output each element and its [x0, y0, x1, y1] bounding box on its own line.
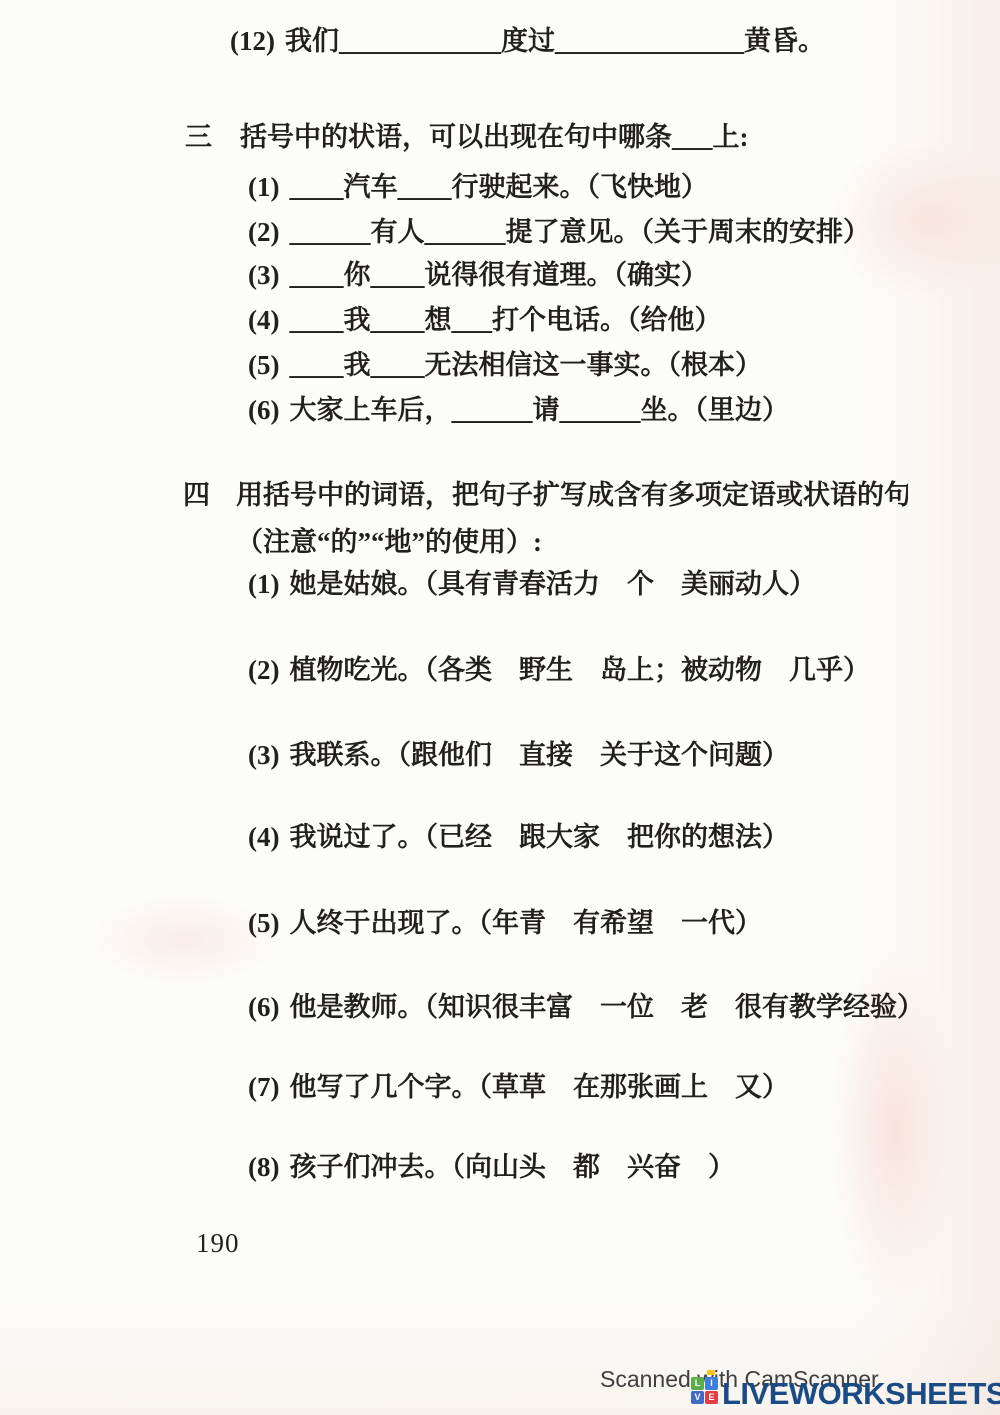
item-text: ____我____想___打个电话。（给他） [289, 305, 721, 335]
item-number: (6) [248, 990, 279, 1024]
item-number: (2) [248, 215, 279, 249]
section3-item-2: (2)______有人______提了意见。（关于周末的安排） [248, 215, 870, 249]
logo-square-v: V [691, 1391, 704, 1404]
item-number: (4) [248, 820, 279, 854]
item-number: (12) [230, 24, 275, 58]
section3-item-1: (1)____汽车____行驶起来。（飞快地） [248, 170, 708, 204]
section4-title-line1: 用括号中的词语，把句子扩写成含有多项定语或状语的句 [236, 478, 908, 512]
item-text: 人终于出现了。（年青 有希望 一代） [289, 908, 762, 938]
section4-item-2: (2)植物吃光。（各类 野生 岛上；被动物 几乎） [248, 653, 870, 687]
item-text: 我说过了。（已经 跟大家 把你的想法） [289, 822, 789, 852]
item-number: (5) [248, 906, 279, 940]
liveworksheets-wordmark: LIVEWORKSHEETS [722, 1376, 1000, 1412]
item-text: ____汽车____行驶起来。（飞快地） [289, 172, 708, 202]
section4-item-8: (8)孩子们冲去。（向山头 都 兴奋 ） [248, 1150, 735, 1184]
section4-item-3: (3)我联系。（跟他们 直接 关于这个问题） [248, 738, 789, 772]
section4-item-4: (4)我说过了。（已经 跟大家 把你的想法） [248, 820, 789, 854]
scan-artifact [850, 0, 1000, 1415]
logo-square-e: E [705, 1391, 718, 1404]
item-text: ____我____无法相信这一事实。（根本） [289, 350, 762, 380]
section3-item-6: (6)大家上车后，______请______坐。（里边） [248, 393, 789, 427]
section4-item-1: (1)她是姑娘。（具有青春活力 个 美丽动人） [248, 567, 816, 601]
item-number: (2) [248, 653, 279, 687]
item-number: (8) [248, 1150, 279, 1184]
item-text: 植物吃光。（各类 野生 岛上；被动物 几乎） [289, 655, 870, 685]
liveworksheets-logo-icon: L I V E [691, 1377, 718, 1404]
section4-title-line2: （注意“的”“地”的使用）: [236, 525, 542, 559]
item-text: ____你____说得很有道理。（确实） [289, 260, 708, 290]
item-text: 他写了几个字。（草草 在那张画上 又） [289, 1072, 789, 1102]
exercise-item-12: (12)我们____________度过______________黄昏。 [230, 24, 825, 58]
section3-item-5: (5)____我____无法相信这一事实。（根本） [248, 348, 762, 382]
section3-title: 括号中的状语，可以出现在句中哪条___上: [240, 120, 749, 154]
item-text: 她是姑娘。（具有青春活力 个 美丽动人） [289, 569, 816, 599]
section4-item-6: (6)他是教师。（知识很丰富 一位 老 很有教学经验） [248, 990, 924, 1024]
section3-marker: 三 [185, 120, 212, 154]
item-text: 我联系。（跟他们 直接 关于这个问题） [289, 740, 789, 770]
section4-marker: 四 [183, 478, 210, 512]
item-number: (3) [248, 738, 279, 772]
item-text: 我们____________度过______________黄昏。 [285, 26, 825, 56]
item-text: 大家上车后，______请______坐。（里边） [289, 395, 789, 425]
logo-square-i: I [705, 1377, 718, 1390]
section3-item-4: (4)____我____想___打个电话。（给他） [248, 303, 721, 337]
item-number: (4) [248, 303, 279, 337]
worksheet-page: (12)我们____________度过______________黄昏。 三 … [0, 0, 1000, 1415]
item-number: (7) [248, 1070, 279, 1104]
item-text: ______有人______提了意见。（关于周末的安排） [289, 217, 870, 247]
item-text: 孩子们冲去。（向山头 都 兴奋 ） [289, 1152, 735, 1182]
section4-item-7: (7)他写了几个字。（草草 在那张画上 又） [248, 1070, 789, 1104]
item-number: (5) [248, 348, 279, 382]
page-number: 190 [196, 1228, 240, 1259]
item-text: 他是教师。（知识很丰富 一位 老 很有教学经验） [289, 992, 924, 1022]
item-number: (1) [248, 567, 279, 601]
item-number: (6) [248, 393, 279, 427]
item-number: (1) [248, 170, 279, 204]
logo-square-l: L [691, 1377, 704, 1390]
logo-yellow-dot-icon [707, 1370, 715, 1375]
section3-item-3: (3)____你____说得很有道理。（确实） [248, 258, 708, 292]
section4-item-5: (5)人终于出现了。（年青 有希望 一代） [248, 906, 762, 940]
item-number: (3) [248, 258, 279, 292]
